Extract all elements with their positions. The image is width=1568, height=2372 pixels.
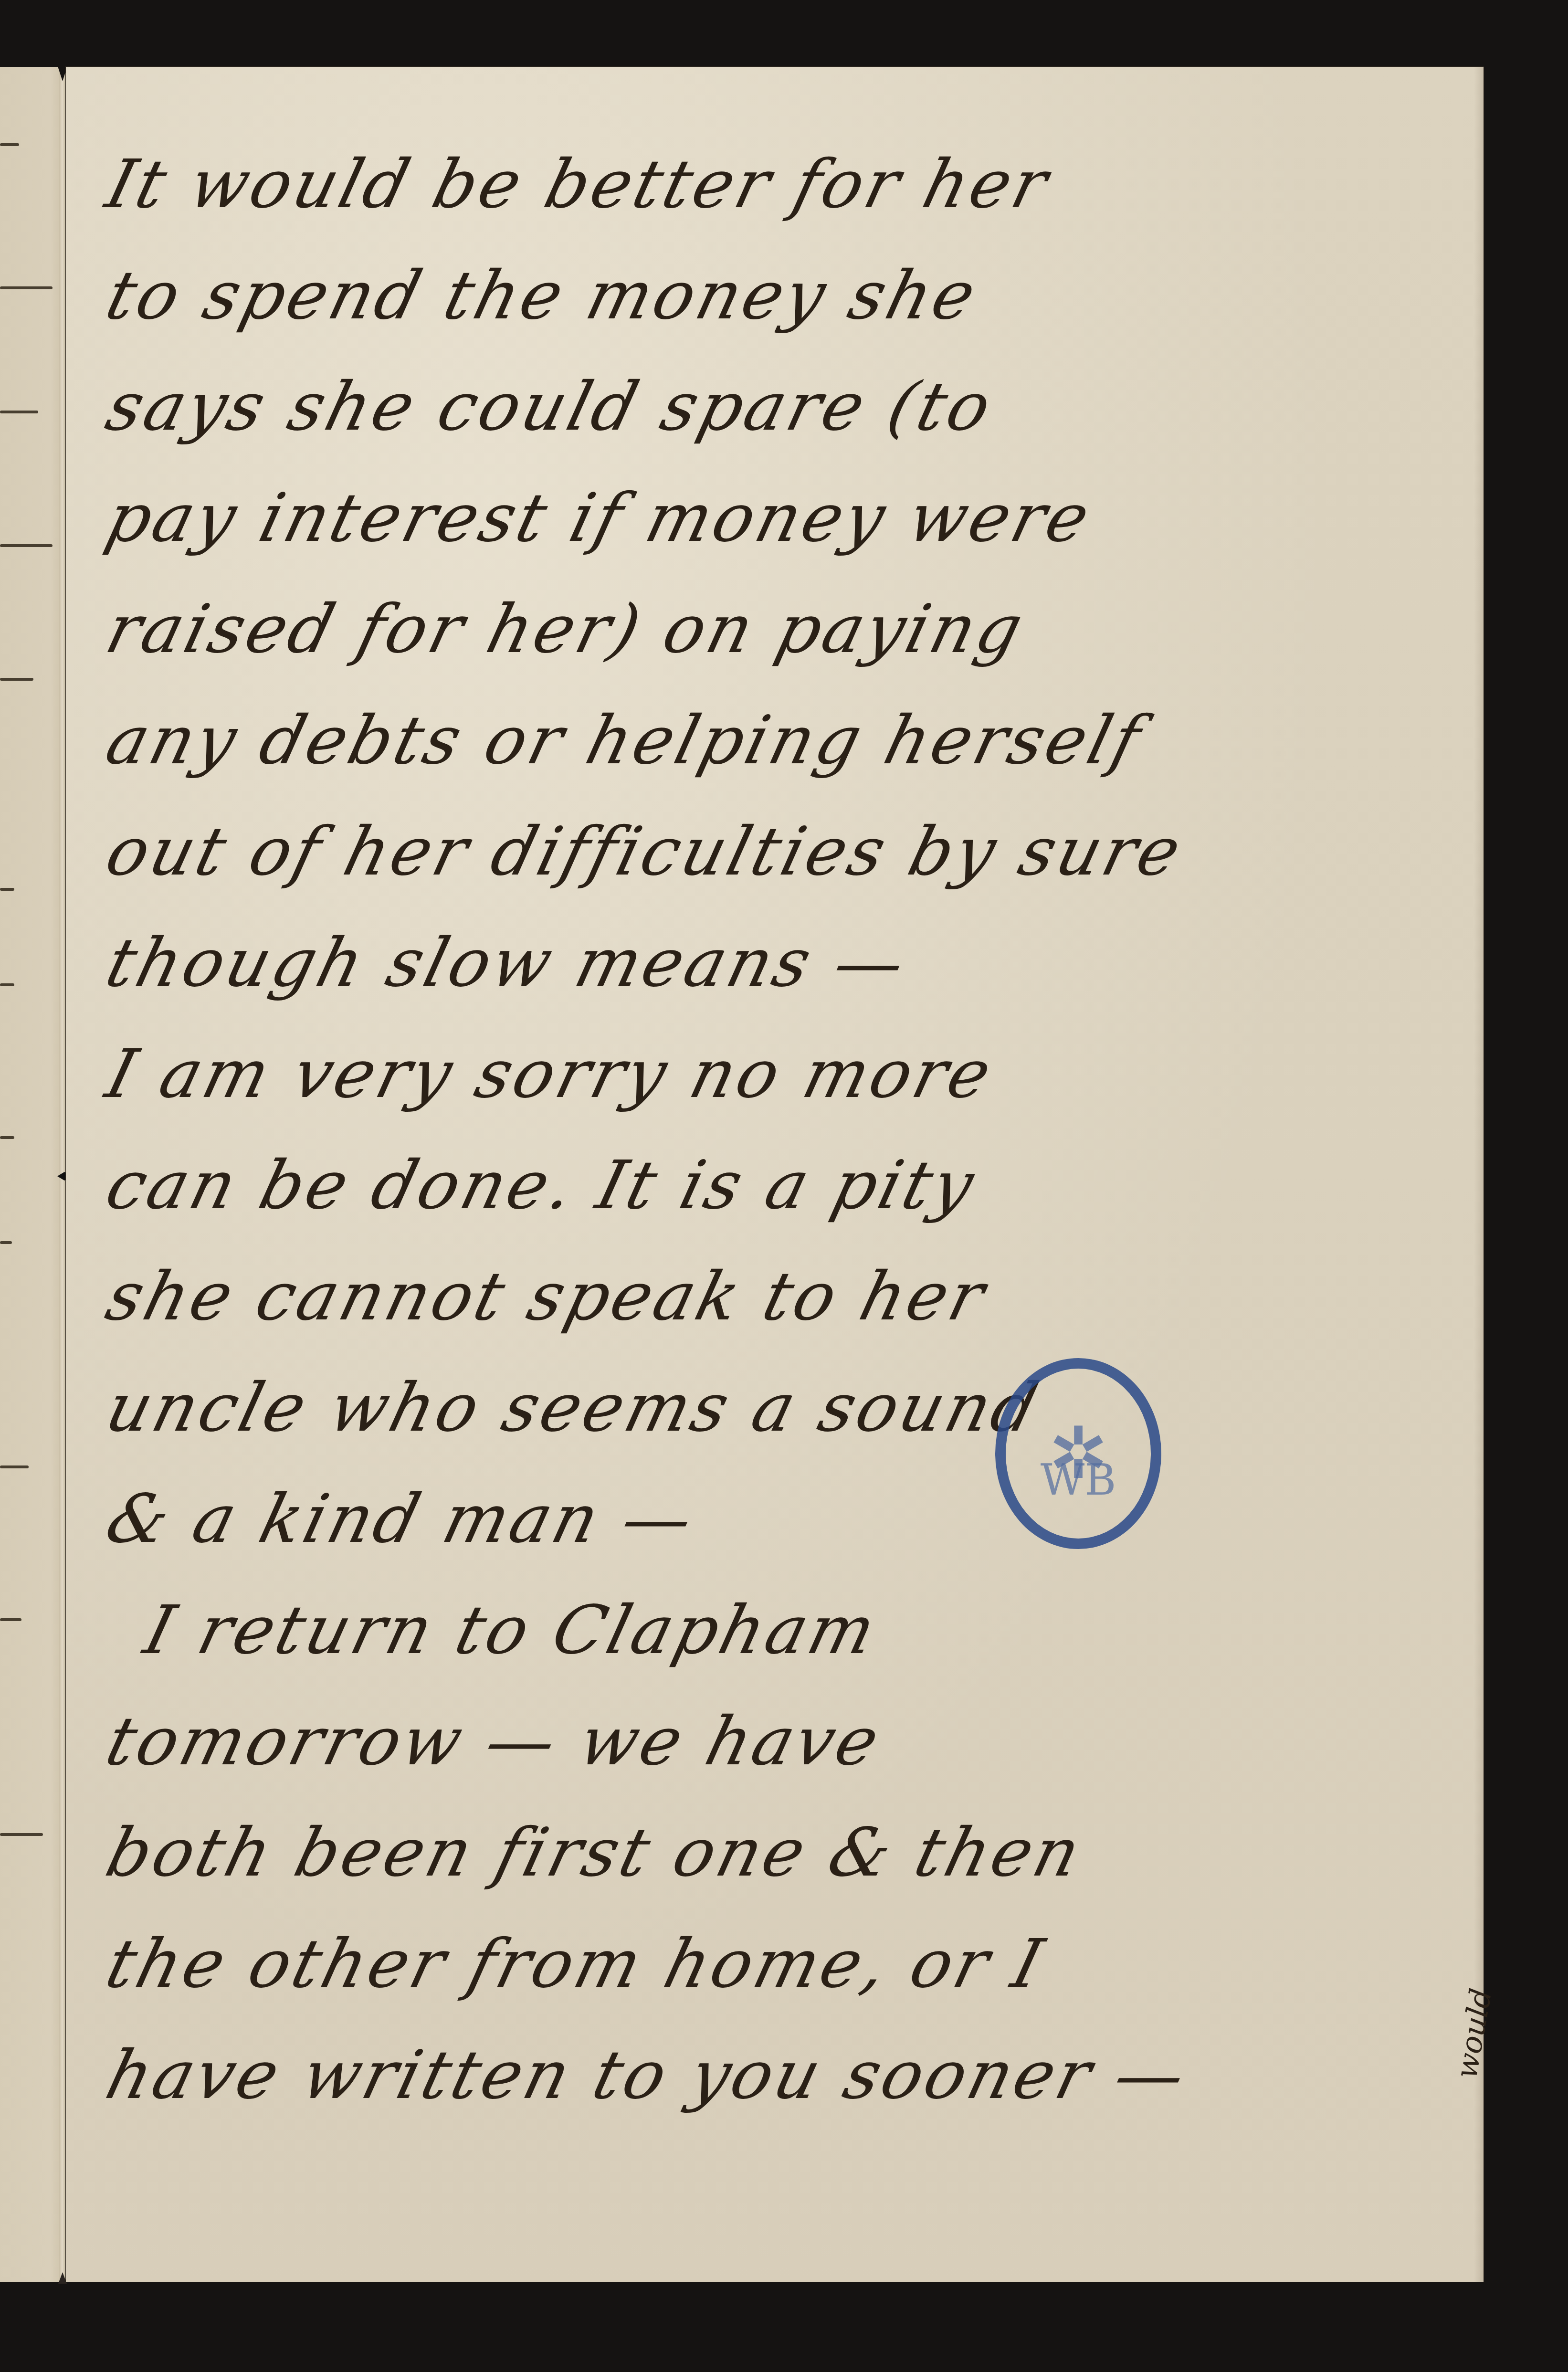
letter-line: out of her difficulties by sure — [95, 796, 1487, 907]
letter-line: can be done. It is a pity — [95, 1130, 1487, 1241]
letter-line: though slow means — — [95, 907, 1487, 1019]
library-stamp: ✲ WB — [995, 1358, 1161, 1549]
facing-page-ink-fragment — [0, 888, 14, 891]
letter-body: It would be better for her to spend the … — [95, 129, 1460, 2131]
letter-line: uncle who seems a sound — [95, 1352, 1487, 1464]
letter-line: both been first one & then — [95, 1797, 1487, 1908]
letter-line: tomorrow — we have — [95, 1686, 1487, 1797]
letter-line: pay interest if money were — [95, 463, 1487, 574]
facing-page-ink-fragment — [0, 1833, 43, 1836]
facing-page-strip — [0, 67, 63, 2282]
facing-page-ink-fragment — [0, 1465, 29, 1468]
letter-line: to spend the money she — [95, 240, 1487, 351]
letter-line: raised for her) on paying — [95, 574, 1487, 685]
letter-line: the other from home, or I — [95, 1908, 1487, 2020]
letter-line: I am very sorry no more — [95, 1019, 1487, 1130]
stamp-monogram: WB — [1006, 1455, 1151, 1505]
letter-line: any debts or helping herself — [95, 685, 1487, 796]
facing-page-ink-fragment — [0, 411, 38, 413]
letter-line: says she could spare (to — [95, 351, 1487, 463]
facing-page-ink-fragment — [0, 544, 53, 547]
letter-line: have written to you sooner — — [95, 2020, 1487, 2131]
facing-page-ink-fragment — [0, 678, 33, 681]
facing-page-ink-fragment — [0, 983, 14, 986]
letter-page: It would be better for her to spend the … — [66, 67, 1484, 2282]
letter-line: I return to Clapham — [95, 1575, 1487, 1686]
facing-page-ink-fragment — [0, 1136, 14, 1139]
letter-line: she cannot speak to her — [95, 1241, 1487, 1352]
letter-line: & a kind man — — [95, 1464, 1487, 1575]
facing-page-ink-fragment — [0, 286, 53, 289]
facing-page-ink-fragment — [0, 1241, 12, 1244]
facing-page-ink-fragment — [0, 1618, 21, 1621]
facing-page-ink-fragment — [0, 143, 19, 146]
letter-line: It would be better for her — [95, 129, 1487, 240]
